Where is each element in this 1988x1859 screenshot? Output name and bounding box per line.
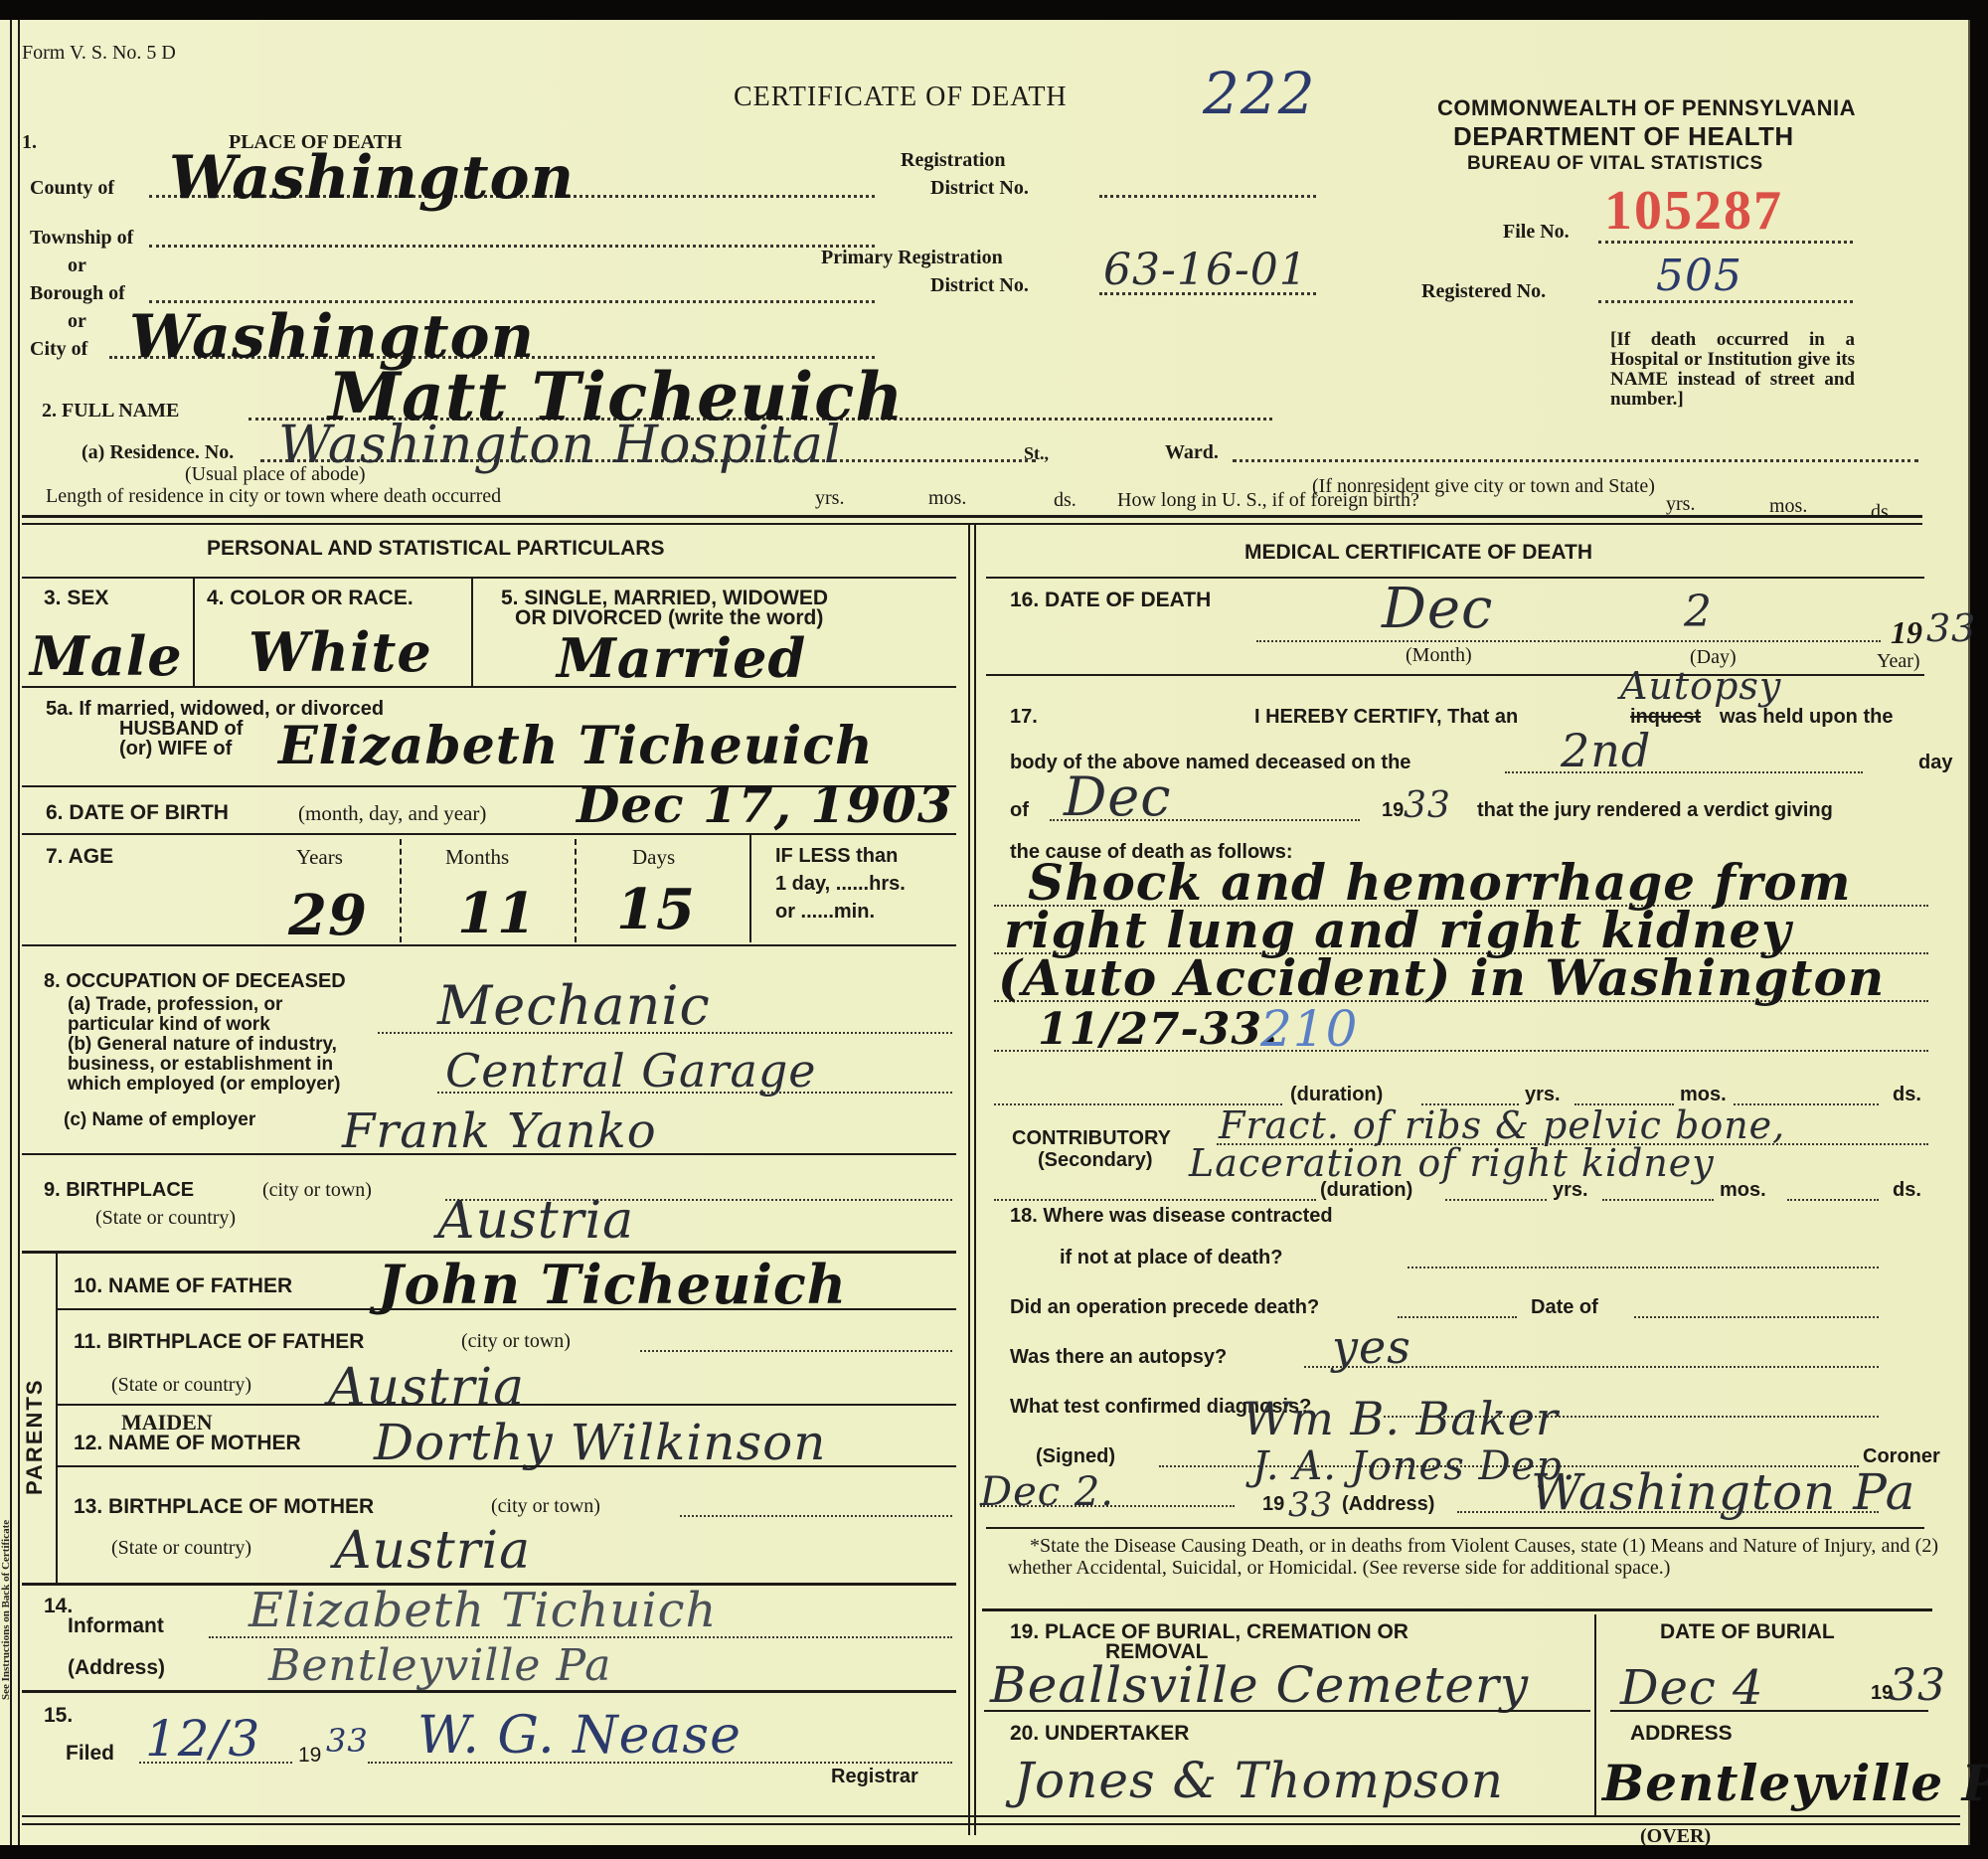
mother-birthplace-hint: (city or town): [491, 1495, 600, 1518]
father-birthplace-value: Austria: [328, 1358, 525, 1418]
dob-hint: (month, day, and year): [298, 801, 486, 826]
rule: [986, 1527, 1924, 1529]
rule: [982, 1608, 1932, 1611]
contracted-field[interactable]: [1408, 1267, 1879, 1268]
verdict-text: that the jury rendered a verdict giving: [1477, 799, 1833, 822]
center-divider: [968, 523, 970, 1835]
inserted-word: Autopsy: [1620, 664, 1781, 708]
header-divider-2: [22, 523, 1922, 525]
occupation-c-value: Frank Yanko: [342, 1103, 657, 1159]
month-label: (Month): [1406, 644, 1472, 667]
burial-date-label: DATE OF BURIAL: [1660, 1620, 1835, 1644]
how-long-label: How long in U. S., if of foreign birth?: [1117, 489, 1419, 512]
day-word: day: [1918, 752, 1952, 774]
mother-birthplace-state-label: (State or country): [111, 1537, 251, 1560]
duration-2-ds: ds.: [1893, 1179, 1921, 1202]
rule: [984, 1710, 1590, 1712]
mother-birthplace-label: 13. BIRTHPLACE OF MOTHER: [74, 1495, 374, 1519]
race-label: 4. COLOR OR RACE.: [207, 587, 414, 610]
filed-year-prefix: 19: [298, 1744, 321, 1768]
father-value: John Ticheuich: [378, 1253, 847, 1316]
certificate-title: CERTIFICATE OF DEATH: [734, 82, 1068, 113]
less-than-min: or ......min.: [775, 901, 875, 924]
coroner-address-label: (Address): [1342, 1493, 1434, 1516]
cause-line-4: 11/27-33.: [1038, 1004, 1278, 1055]
undertaker-address-value: Bentleyville Pa: [1602, 1754, 1988, 1812]
months-value: 11: [457, 881, 537, 946]
borough-label: Borough of: [30, 282, 125, 305]
registered-no-label: Registered No.: [1421, 280, 1546, 303]
filed-date-value: 12/3: [145, 1710, 260, 1768]
sex-label: 3. SEX: [44, 587, 108, 610]
duration-2-field[interactable]: [994, 1199, 1316, 1201]
signed-value-1: Wm B. Baker: [1242, 1392, 1559, 1445]
signed-value-2: J. A. Jones Dep.: [1252, 1443, 1576, 1489]
usa-ds-label: ds.: [1871, 501, 1894, 524]
rule: [22, 833, 956, 835]
length-yrs-label: yrs.: [815, 487, 844, 510]
birthplace-state-label: (State or country): [95, 1207, 236, 1230]
abode-note: (Usual place of abode): [185, 463, 366, 486]
registrar-signature: W. G. Nease: [417, 1706, 742, 1766]
of-month-value: Dec: [1064, 765, 1172, 828]
filed-year-value: 33: [326, 1722, 369, 1760]
body-day-field[interactable]: [1505, 771, 1863, 773]
father-birthplace-state-label: (State or country): [111, 1374, 251, 1397]
rule: [22, 944, 956, 946]
occupation-b-label-2: business, or establishment in: [68, 1054, 333, 1076]
mother-birthplace-value: Austria: [334, 1521, 531, 1581]
sex-value: Male: [30, 624, 183, 688]
of-word: of: [1010, 799, 1029, 822]
length-residence-label: Length of residence in city or town wher…: [46, 485, 501, 508]
personal-heading: PERSONAL AND STATISTICAL PARTICULARS: [207, 537, 664, 561]
burial-date-value: Dec 4: [1620, 1660, 1764, 1716]
rule: [22, 577, 956, 579]
ward-field[interactable]: [1233, 459, 1918, 462]
operation-label: Did an operation precede death?: [1010, 1296, 1319, 1319]
certify-number: 17.: [1010, 706, 1038, 729]
dob-value: Dec 17, 1903: [577, 775, 953, 834]
rule: [193, 579, 195, 686]
length-ds-label: ds.: [1054, 489, 1077, 512]
cause-line-3: (Auto Accident) in Washington: [998, 948, 1885, 1007]
agency-line-2: DEPARTMENT OF HEALTH: [1453, 121, 1794, 152]
mother-birthplace-city-field[interactable]: [680, 1515, 952, 1517]
residence-label: (a) Residence. No.: [82, 441, 234, 464]
spouse-value: Elizabeth Ticheuich: [278, 716, 874, 776]
informant-value: Elizabeth Tichuich: [248, 1583, 717, 1638]
registrar-label: Registrar: [831, 1766, 918, 1788]
mother-label: 12. NAME OF MOTHER: [74, 1432, 301, 1455]
occupation-b-value: Central Garage: [445, 1044, 817, 1098]
duration-ds: ds.: [1893, 1084, 1921, 1106]
length-mos-label: mos.: [928, 487, 966, 510]
registered-no-value: 505: [1656, 251, 1742, 301]
rule: [58, 1308, 956, 1310]
burial-divider: [1594, 1614, 1596, 1817]
rule: [986, 674, 1924, 676]
footnote: *State the Disease Causing Death, or in …: [1008, 1535, 1938, 1579]
father-birthplace-hint: (city or town): [461, 1330, 571, 1353]
duration-2-ds-field[interactable]: [1787, 1199, 1879, 1201]
agency-line-1: COMMONWEALTH OF PENNSYLVANIA: [1437, 95, 1856, 121]
parents-divider: [56, 1253, 58, 1585]
rule: [749, 835, 751, 942]
coroner-address-value: Washington Pa: [1531, 1463, 1915, 1521]
left-margin-text: See Instructions on Back of Certificate: [0, 1520, 12, 1700]
body-day-value: 2nd: [1561, 724, 1651, 777]
death-certificate-page: See Instructions on Back of Certificate …: [0, 20, 1970, 1845]
rule: [400, 839, 402, 942]
informant-address-label: (Address): [68, 1656, 165, 1680]
date-of-death-label: 16. DATE OF DEATH: [1010, 589, 1211, 612]
over-label: (OVER): [1640, 1825, 1711, 1848]
ward-label: Ward.: [1165, 441, 1219, 464]
city-label: City of: [30, 338, 87, 361]
primary-reg-label-2: District No.: [930, 274, 1029, 297]
occupation-c-label: (c) Name of employer: [64, 1109, 255, 1131]
duration-2-mos-field[interactable]: [1602, 1199, 1714, 1201]
contributory-label: CONTRIBUTORY: [1012, 1127, 1171, 1150]
rule: [1610, 1710, 1928, 1712]
contributory-line-2: Laceration of right kidney: [1189, 1141, 1715, 1185]
township-field[interactable]: [149, 245, 875, 248]
days-value: 15: [616, 877, 696, 942]
duration-2-yrs-field[interactable]: [1445, 1199, 1547, 1201]
informant-address-value: Bentleyville Pa: [268, 1640, 611, 1691]
contracted-label: 18. Where was disease contracted: [1010, 1205, 1333, 1228]
father-birthplace-city-field[interactable]: [640, 1350, 952, 1352]
agency-line-3: BUREAU OF VITAL STATISTICS: [1467, 153, 1763, 175]
township-label: Township of: [30, 227, 133, 250]
signed-label: (Signed): [1036, 1445, 1115, 1468]
rule: [22, 1153, 956, 1155]
burial-place-value: Beallsville Cemetery: [990, 1656, 1529, 1714]
months-label: Months: [445, 845, 509, 870]
medical-heading: MEDICAL CERTIFICATE OF DEATH: [1244, 541, 1592, 565]
left-border-inner: [18, 20, 20, 1845]
file-no-label: File No.: [1503, 221, 1570, 244]
signed-date-value: Dec 2.: [980, 1469, 1114, 1515]
certify-text: I HEREBY CERTIFY, That an: [1254, 706, 1518, 729]
signed-year-prefix: 19: [1262, 1493, 1284, 1516]
full-name-label: 2. FULL NAME: [42, 400, 179, 422]
occupation-a-label-2: particular kind of work: [68, 1014, 270, 1036]
dod-day-value: 2: [1684, 587, 1713, 637]
filed-label: Filed: [66, 1742, 114, 1766]
or-label-2: or: [68, 310, 86, 333]
primary-reg-value: 63-16-01: [1103, 245, 1308, 295]
date-of-label: Date of: [1531, 1296, 1598, 1319]
occupation-label: 8. OCCUPATION OF DECEASED: [44, 970, 346, 993]
autopsy-label: Was there an autopsy?: [1010, 1346, 1227, 1369]
father-label: 10. NAME OF FATHER: [74, 1274, 292, 1298]
burial-year-value: 33: [1889, 1660, 1946, 1711]
section-1-number: 1.: [22, 131, 37, 154]
rule: [58, 1404, 956, 1406]
days-label: Days: [632, 845, 675, 870]
father-birthplace-label: 11. BIRTHPLACE OF FATHER: [74, 1330, 364, 1354]
filed-number: 15.: [44, 1704, 73, 1728]
duration-2-yrs: yrs.: [1553, 1179, 1588, 1202]
less-than-hrs: 1 day, ......hrs.: [775, 873, 906, 896]
undertaker-address-label: ADDRESS: [1630, 1722, 1733, 1746]
county-label: County of: [30, 177, 114, 200]
informant-label: Informant: [68, 1614, 164, 1638]
cause-code: 210: [1260, 1000, 1358, 1058]
bottom-rule: [22, 1815, 1960, 1817]
birthplace-value: Austria: [437, 1191, 634, 1251]
mother-value: Dorthy Wilkinson: [374, 1414, 826, 1471]
spouse-label-3: (or) WIFE of: [119, 738, 232, 760]
occupation-a-value: Mechanic: [437, 974, 711, 1037]
duration-2-mos: mos.: [1720, 1179, 1766, 1202]
occupation-b-label: (b) General nature of industry,: [68, 1034, 337, 1056]
dod-year-prefix: 19: [1891, 614, 1922, 651]
of-year-value: 33: [1404, 785, 1451, 826]
header-divider: [22, 515, 1922, 518]
occupation-b-label-3: which employed (or employer): [68, 1074, 341, 1096]
operation-date-field[interactable]: [1634, 1316, 1879, 1318]
contracted-label-2: if not at place of death?: [1060, 1247, 1282, 1269]
reg-district-label-2: District No.: [930, 177, 1029, 200]
rule: [22, 686, 956, 688]
rule: [58, 1465, 956, 1467]
birthplace-hint: (city or town): [262, 1179, 372, 1202]
age-label: 7. AGE: [46, 845, 113, 869]
hospital-note: [If death occurred in a Hospital or Inst…: [1610, 330, 1855, 410]
years-value: 29: [288, 883, 368, 948]
or-label-1: or: [68, 254, 86, 277]
rule: [575, 839, 577, 942]
county-value: Washington: [169, 143, 575, 213]
birthplace-label: 9. BIRTHPLACE: [44, 1179, 194, 1202]
center-divider-2: [974, 523, 976, 1835]
dod-month-value: Dec: [1382, 577, 1493, 641]
reg-district-label: Registration: [901, 149, 1006, 172]
signed-year-value: 33: [1288, 1485, 1333, 1525]
undertaker-label: 20. UNDERTAKER: [1010, 1722, 1189, 1746]
rule: [22, 1690, 956, 1693]
st-label: St.,: [1024, 443, 1049, 464]
autopsy-value: yes: [1332, 1320, 1411, 1374]
dod-year-value: 33: [1926, 606, 1976, 650]
duration-2-label: (duration): [1320, 1179, 1412, 1202]
certify-text-2: was held upon the: [1720, 706, 1893, 729]
secondary-label: (Secondary): [1038, 1149, 1153, 1172]
marital-value: Married: [557, 626, 806, 690]
margin-note: 222: [1203, 60, 1316, 127]
burial-place-label: 19. PLACE OF BURIAL, CREMATION OR: [1010, 1620, 1408, 1644]
dob-label: 6. DATE OF BIRTH: [46, 801, 229, 825]
form-number: Form V. S. No. 5 D: [22, 42, 176, 65]
usa-yrs-label: yrs.: [1666, 493, 1695, 516]
file-no-stamp: 105287: [1604, 179, 1783, 243]
primary-reg-label: Primary Registration: [821, 247, 1003, 269]
reg-district-field[interactable]: [1099, 195, 1316, 198]
of-year-prefix: 19: [1382, 799, 1404, 822]
operation-field[interactable]: [1398, 1316, 1517, 1318]
year-label: Year): [1877, 650, 1920, 673]
undertaker-value: Jones & Thompson: [1014, 1752, 1504, 1809]
date-of-death-field[interactable]: [1256, 640, 1881, 642]
occupation-a-label: (a) Trade, profession, or: [68, 994, 282, 1016]
rule: [471, 579, 473, 686]
race-value: White: [248, 620, 432, 684]
years-label: Years: [296, 845, 343, 870]
less-than-label: IF LESS than: [775, 845, 898, 868]
parents-side-label: PARENTS: [22, 1379, 48, 1496]
